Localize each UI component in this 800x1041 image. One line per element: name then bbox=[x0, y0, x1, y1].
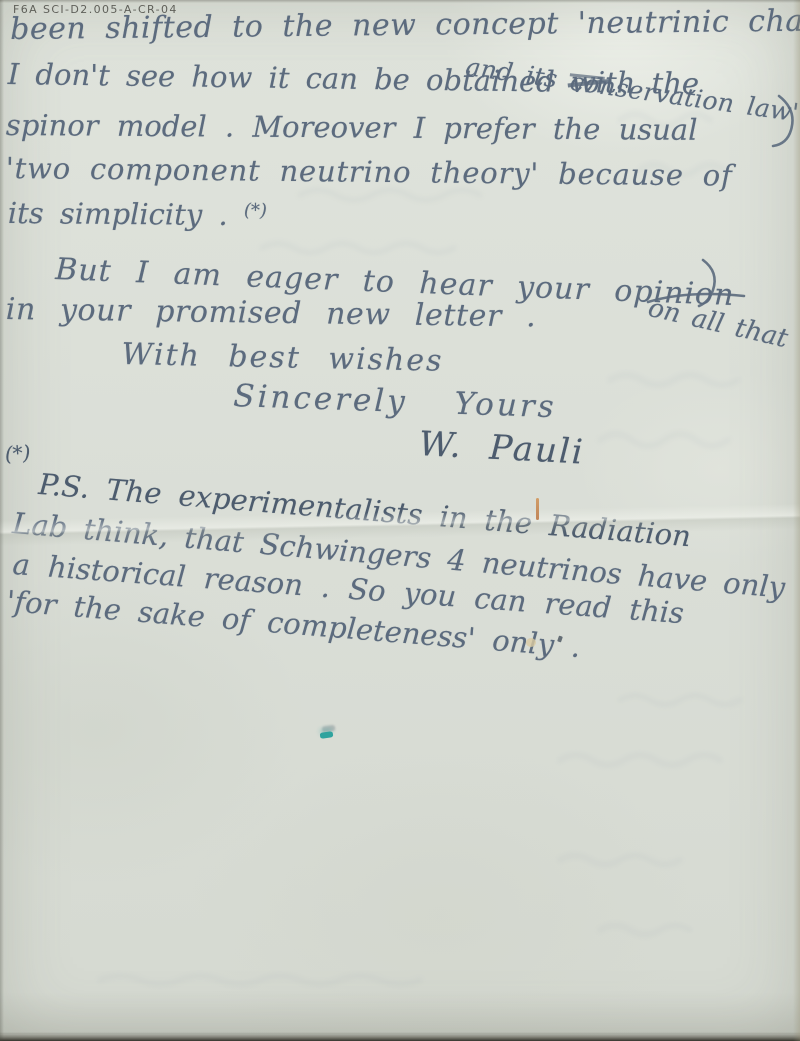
overwritten-word: with bbox=[571, 65, 636, 100]
bottom-shadow bbox=[0, 992, 800, 1034]
letter-line-4: 'two component neutrino theory' because … bbox=[6, 151, 733, 193]
letter-line-5: its simplicity . (*) bbox=[8, 196, 267, 232]
letter-line-2-before: I don't see how it can be obtained bbox=[8, 57, 555, 99]
footnote-marker-inline: (*) bbox=[244, 200, 267, 221]
teal-ink-mark bbox=[320, 731, 334, 739]
beige-stain-dot bbox=[526, 638, 536, 647]
scan-edge-left bbox=[0, 0, 4, 1041]
letter-line-7: in your promised new letter . bbox=[6, 292, 537, 334]
letter-line-2-after: the bbox=[651, 66, 699, 101]
scan-edge-top bbox=[0, 0, 800, 3]
closing-valediction: Sincerely Yours bbox=[233, 378, 557, 425]
signature: W. Pauli bbox=[418, 424, 586, 473]
scan-edge-right bbox=[793, 0, 800, 1041]
letter-line-2: I don't see how it can be obtained with … bbox=[8, 57, 700, 101]
letter-line-5-text: its simplicity . bbox=[8, 196, 228, 232]
footnote-marker-margin: (*) bbox=[4, 440, 31, 466]
scan-edge-bottom bbox=[0, 1032, 800, 1041]
letter-line-3: spinor model . Moreover I prefer the usu… bbox=[6, 108, 698, 147]
letter-page: F6A SCI-D2.005-A-CR-04 been shifted to t… bbox=[0, 0, 800, 1041]
closing-wishes: With best wishes bbox=[121, 337, 444, 379]
orange-stain bbox=[536, 498, 539, 520]
